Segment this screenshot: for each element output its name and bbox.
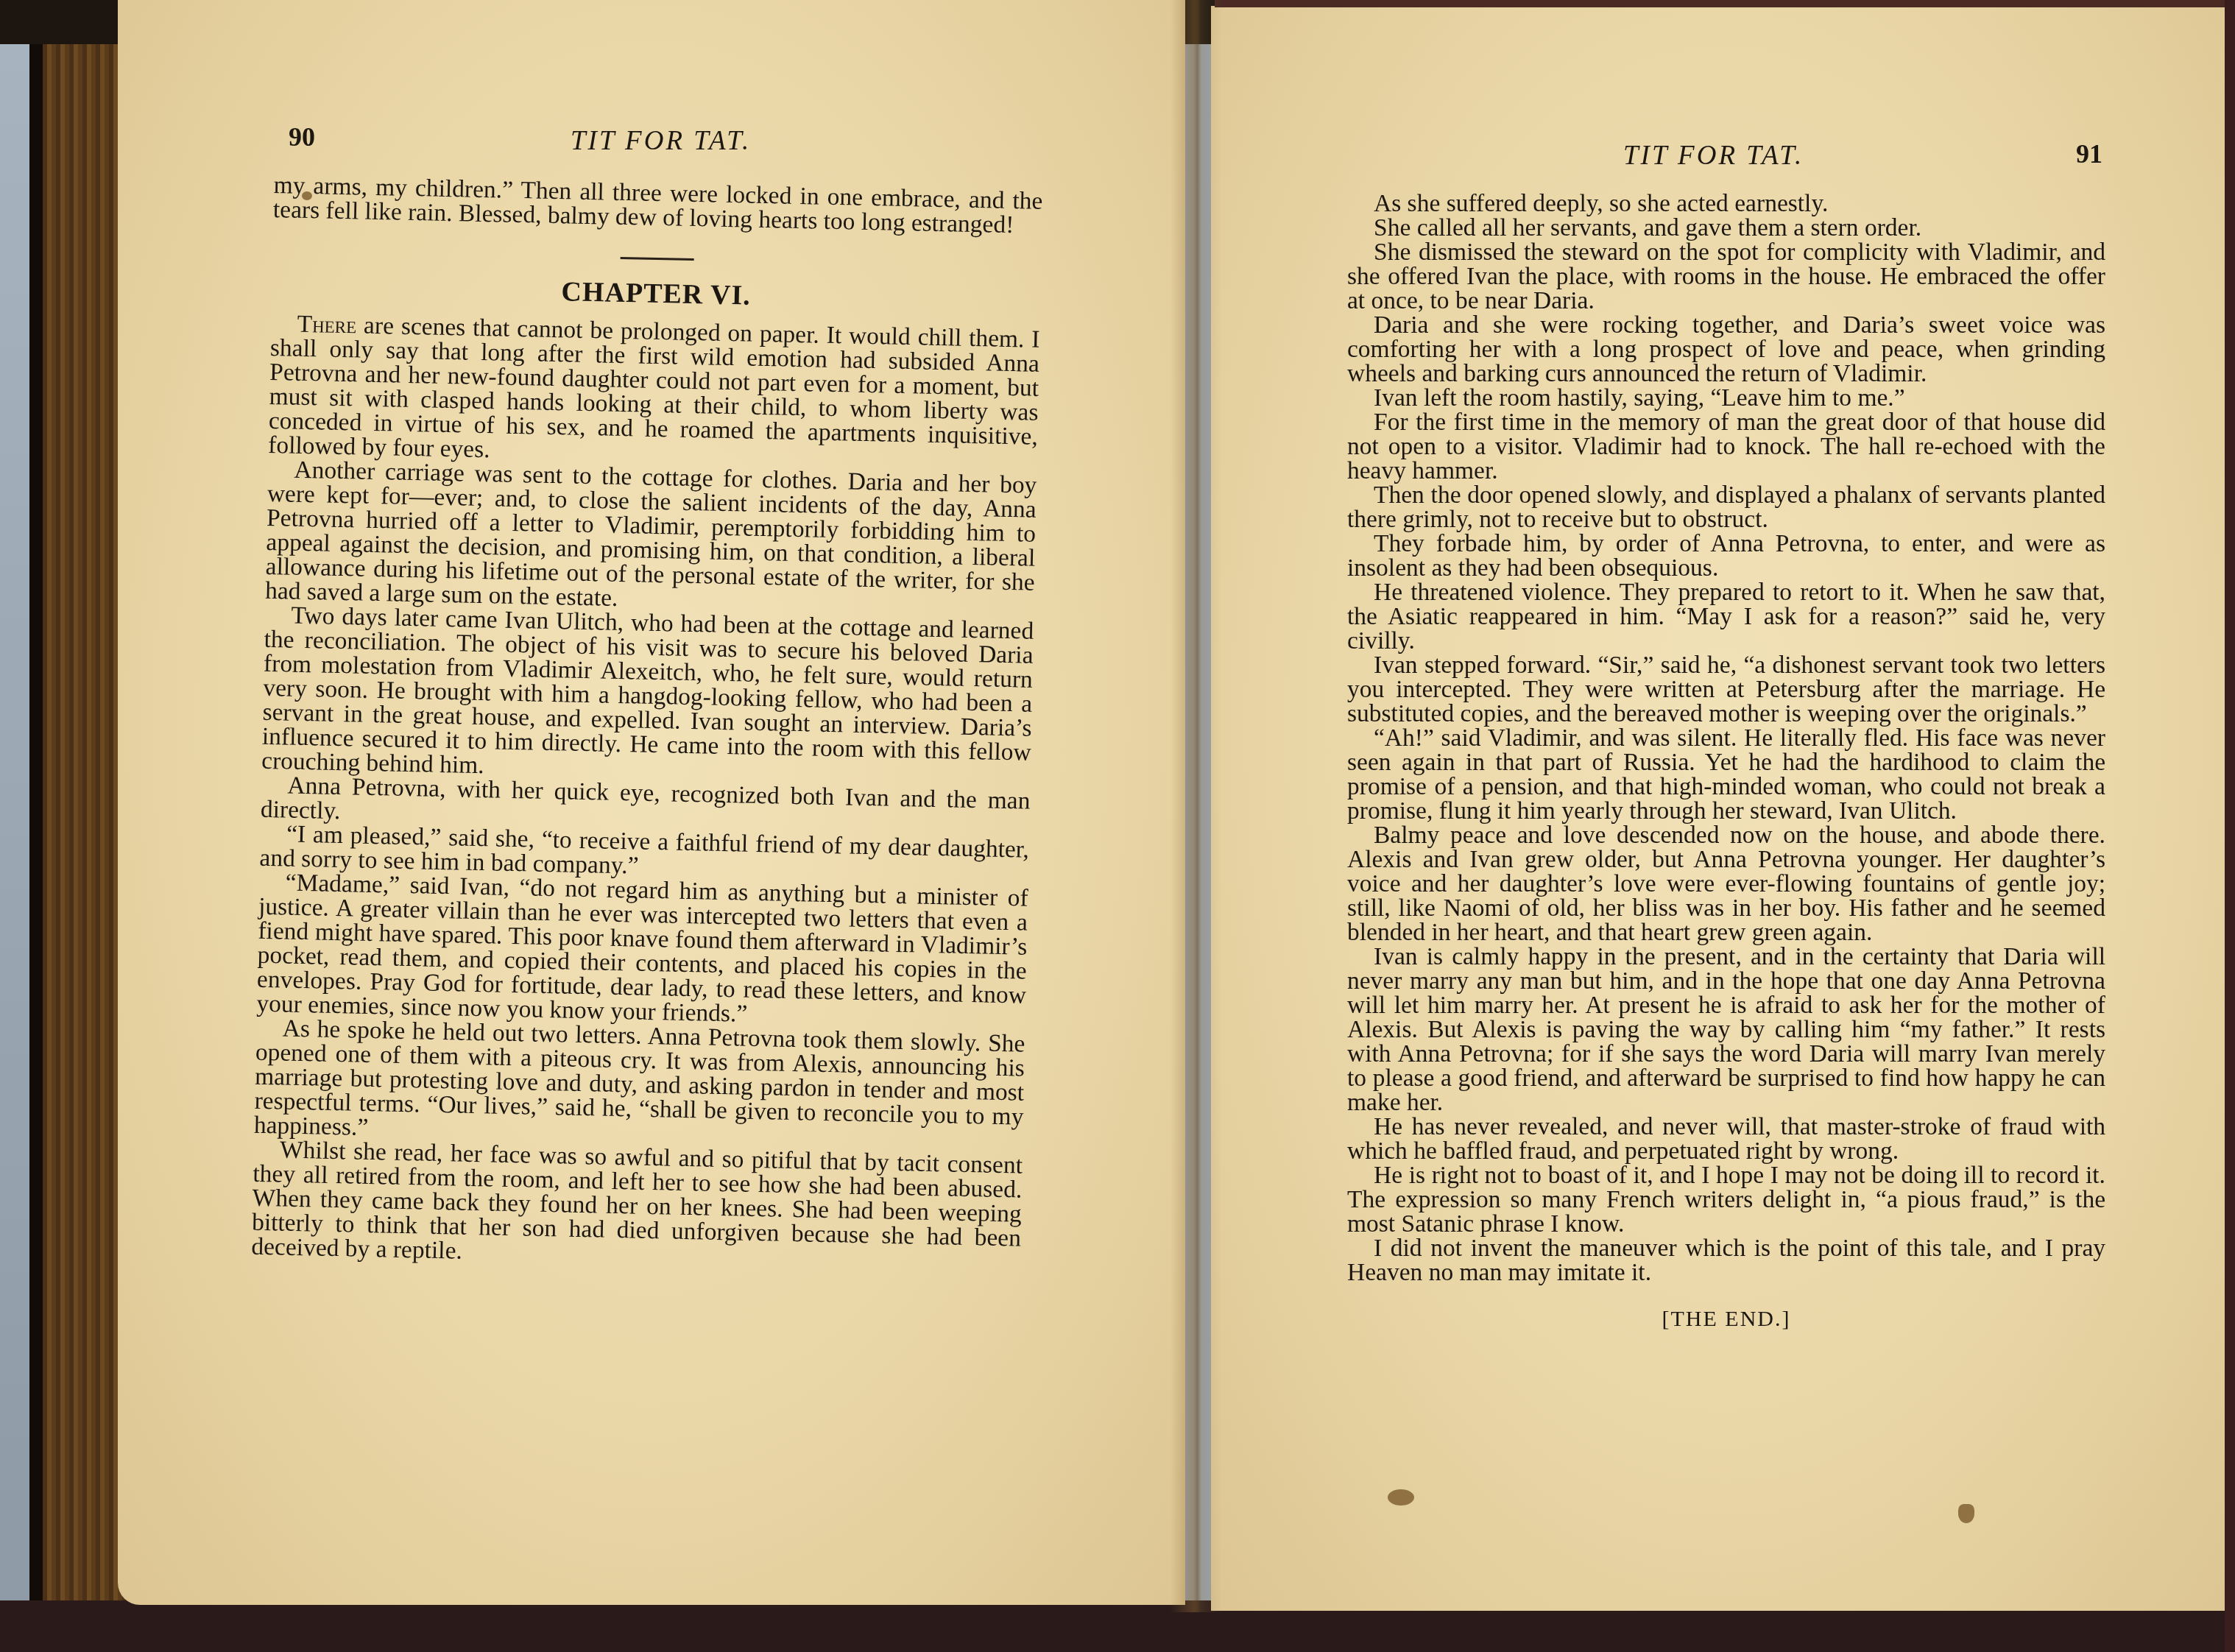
paragraph: There are scenes that cannot be prolonge… [268, 311, 1040, 473]
paragraph: For the first time in the memory of man … [1347, 410, 2105, 483]
section-divider-rule [620, 257, 693, 261]
paragraph: Daria and she were rocking together, and… [1347, 313, 2105, 386]
paragraph: As he spoke he held out two letters. Ann… [254, 1016, 1025, 1154]
right-page-number: 91 [2076, 138, 2102, 169]
right-page-text: As she suffered deeply, so she acted ear… [1347, 191, 2105, 1331]
paragraph: “Ah!” said Vladimir, and was silent. He … [1347, 726, 2105, 823]
paper-stain [1958, 1504, 1974, 1523]
left-page-number: 90 [289, 121, 315, 152]
paragraph: Another carriage was sent to the cottage… [265, 457, 1037, 619]
paragraph: As she suffered deeply, so she acted ear… [1347, 191, 2105, 216]
paragraph: “Madame,” said Ivan, “do not regard him … [256, 870, 1028, 1032]
scanner-background-left [0, 44, 29, 1605]
book-page-edges [29, 44, 131, 1612]
paragraph: She called all her servants, and gave th… [1347, 216, 2105, 240]
paragraph: Ivan is calmly happy in the present, and… [1347, 945, 2105, 1115]
paragraph: Two days later came Ivan Ulitch, who had… [261, 603, 1034, 789]
paragraph: Ivan left the room hastily, saying, “Lea… [1347, 386, 2105, 410]
paragraph: Then the door opened slowly, and display… [1347, 483, 2105, 532]
chapter-title: CHAPTER VI. [271, 274, 1040, 314]
paragraph: She dismissed the steward on the spot fo… [1347, 240, 2105, 313]
book-binding-top [1215, 0, 2235, 7]
book-gutter [1171, 0, 1222, 1612]
paragraph: Balmy peace and love descended now on th… [1347, 823, 2105, 945]
paper-stain [1388, 1489, 1414, 1505]
paragraph: He is right not to boast of it, and I ho… [1347, 1163, 2105, 1236]
left-running-head: TIT FOR TAT. [571, 125, 751, 157]
paragraph: He has never revealed, and never will, t… [1347, 1115, 2105, 1163]
book-binding-right [2225, 0, 2235, 1652]
left-page-text: my arms, my children.” Then all three we… [251, 173, 1043, 1275]
paragraph: Ivan stepped forward. “Sir,” said he, “a… [1347, 653, 2105, 726]
paragraph: They forbade him, by order of Anna Petro… [1347, 532, 2105, 580]
the-end-mark: [THE END.] [1347, 1307, 2105, 1331]
paragraph: Whilst she read, her face was so awful a… [251, 1137, 1023, 1275]
paragraph: I did not invent the maneuver which is t… [1347, 1236, 2105, 1285]
paragraph: He threatened violence. They prepared to… [1347, 580, 2105, 653]
right-running-head: TIT FOR TAT. [1623, 140, 1804, 172]
